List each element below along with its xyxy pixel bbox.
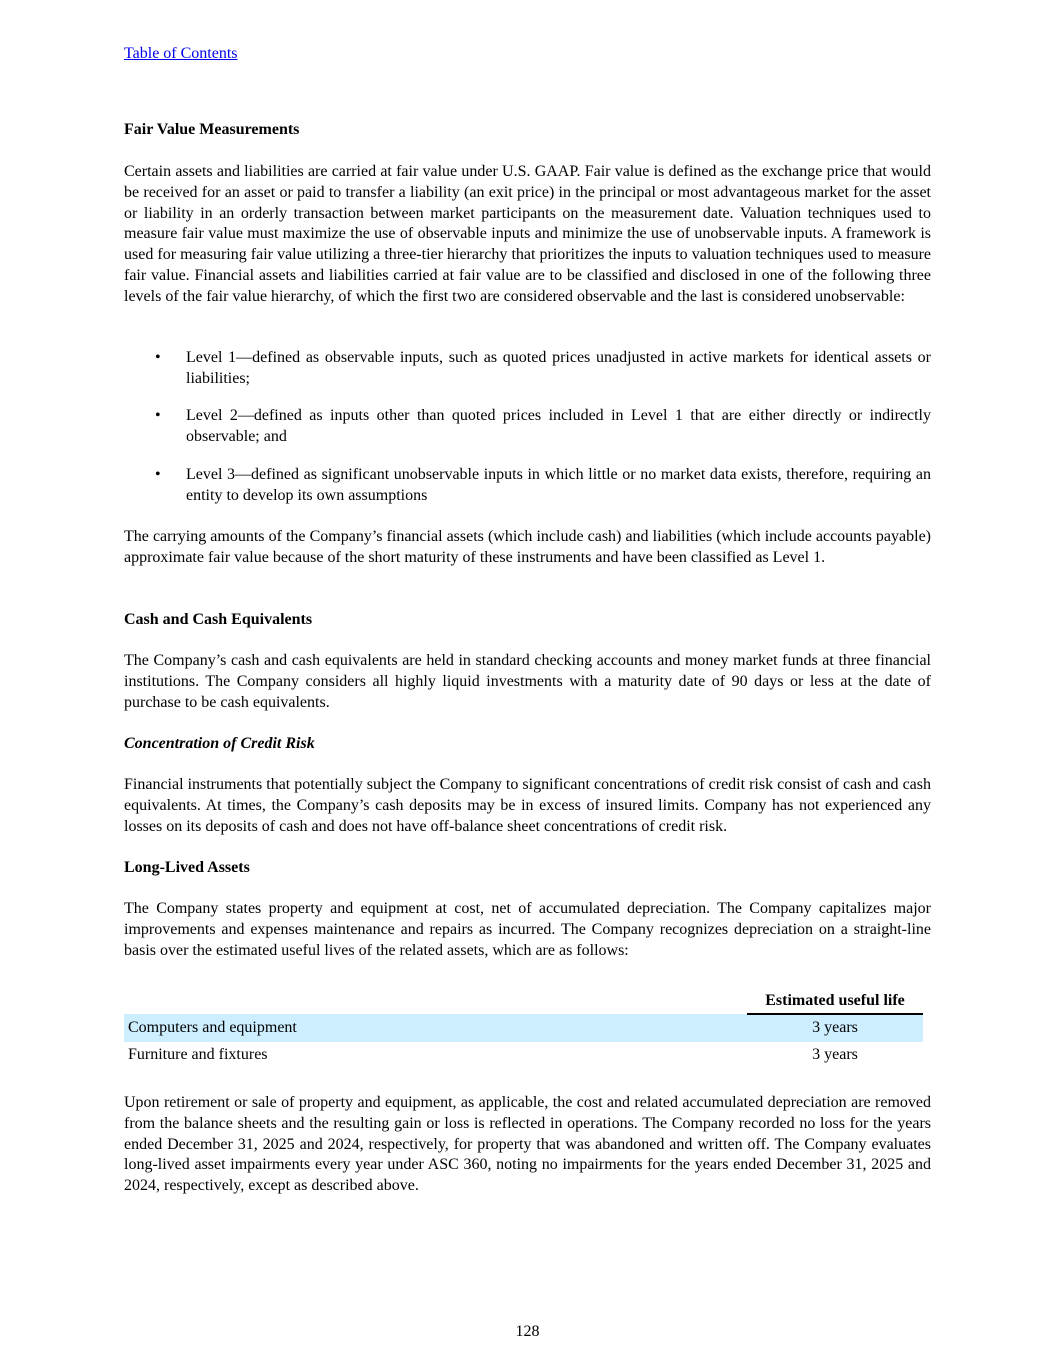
cash-heading: Cash and Cash Equivalents [124,610,931,631]
fair-value-heading: Fair Value Measurements [124,120,931,141]
asset-label: Computers and equipment [124,1014,747,1042]
long-lived-heading: Long-Lived Assets [124,858,931,879]
table-row: Furniture and fixtures 3 years [124,1042,923,1069]
useful-life-value: 3 years [747,1042,923,1069]
asset-label: Furniture and fixtures [124,1042,747,1069]
useful-life-header-row: Estimated useful life [124,990,923,1014]
credit-risk-body: Financial instruments that potentially s… [124,775,931,837]
level-1-item: •Level 1—defined as observable inputs, s… [124,348,931,390]
long-lived-body: The Company states property and equipmen… [124,899,931,961]
useful-life-value: 3 years [747,1014,923,1042]
table-row: Computers and equipment 3 years [124,1014,923,1042]
fair-value-intro: Certain assets and liabilities are carri… [124,162,931,308]
bullet-icon: • [155,465,161,486]
credit-risk-heading: Concentration of Credit Risk [124,734,931,755]
estimated-useful-life-header: Estimated useful life [747,990,923,1014]
bullet-icon: • [155,348,161,369]
fair-value-levels-list-3: •Level 3—defined as significant unobserv… [124,465,931,507]
level-3-text: Level 3—defined as significant unobserva… [186,466,931,504]
long-lived-closing: Upon retirement or sale of property and … [124,1093,931,1197]
cash-body: The Company’s cash and cash equivalents … [124,651,931,713]
fair-value-levels-list-2: •Level 2—defined as inputs other than qu… [124,406,931,448]
fair-value-conclusion: The carrying amounts of the Company’s fi… [124,527,931,569]
page-number: 128 [0,1322,1055,1343]
useful-life-table: Estimated useful life Computers and equi… [124,990,923,1069]
fair-value-levels-list: •Level 1—defined as observable inputs, s… [124,348,931,390]
asset-column-header [124,990,747,1014]
level-2-item: •Level 2—defined as inputs other than qu… [124,406,931,448]
level-2-text: Level 2—defined as inputs other than quo… [186,407,931,445]
level-1-text: Level 1—defined as observable inputs, su… [186,349,931,387]
table-of-contents-link[interactable]: Table of Contents [124,44,238,65]
level-3-item: •Level 3—defined as significant unobserv… [124,465,931,507]
bullet-icon: • [155,406,161,427]
